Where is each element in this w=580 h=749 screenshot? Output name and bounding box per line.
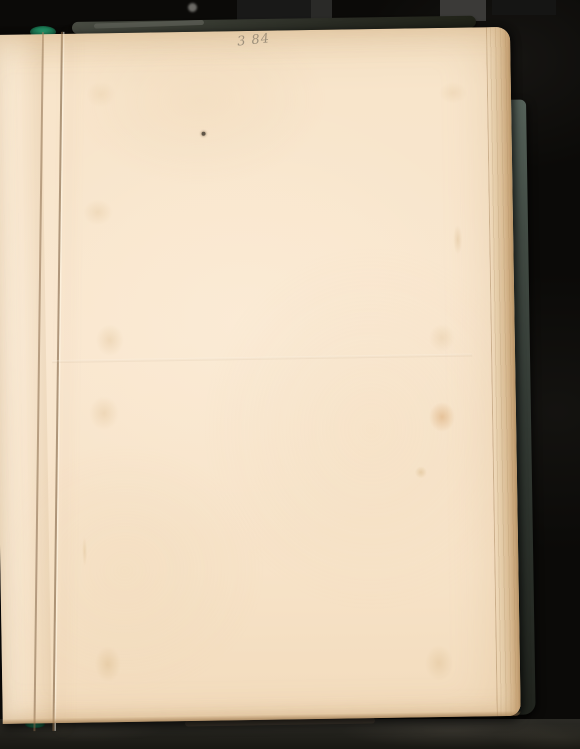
page-mottling [0, 27, 521, 724]
ink-speck [202, 132, 206, 136]
background-dark-shape [492, 0, 556, 15]
adhesive-stain [453, 225, 462, 255]
photographed-album-scene: 3 84 [0, 0, 580, 749]
adhesive-stain [415, 466, 427, 478]
light-reflection-dot [188, 3, 197, 12]
album-page: 3 84 [0, 27, 521, 724]
adhesive-stain [95, 646, 122, 682]
adhesive-stain [425, 645, 454, 681]
